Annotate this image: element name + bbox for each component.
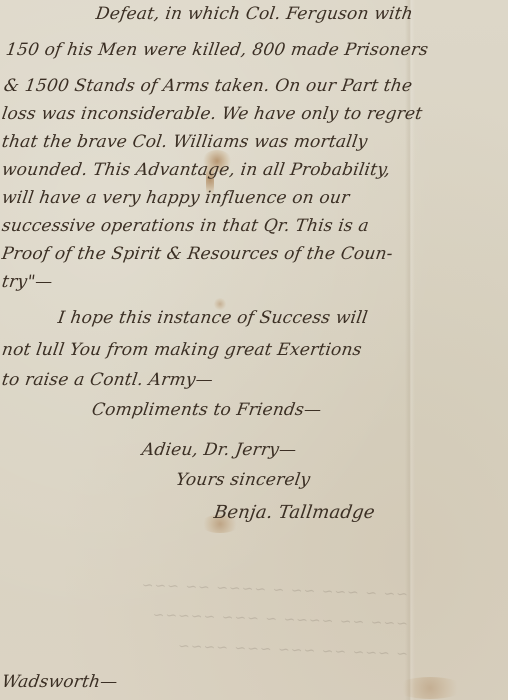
letter-line-6: wounded. This Advantage, in all Probabil… [1, 160, 392, 180]
bleed-through-text: ~~~ ~~ ~~~~ ~ ~~~ ~~~~~ [60, 604, 408, 632]
letter-line-11: I hope this instance of Success will [57, 308, 369, 328]
signature: Benja. Tallmadge [213, 502, 377, 523]
letter-line-10: try"— [1, 272, 54, 292]
letter-line-7: will have a very happy influence on our [1, 188, 351, 208]
letter-line-3: & 1500 Stands of Arms taken. On our Part… [3, 76, 414, 96]
letter-line-1: Defeat, in which Col. Ferguson with [95, 4, 415, 24]
letter-paper: ~~ ~ ~~~ ~~ ~ ~~~~ ~~ ~~~ ~~~ ~~ ~~~~ ~ … [0, 0, 508, 700]
letter-line-8: successive operations in that Qr. This i… [1, 216, 371, 236]
letter-line-9: Proof of the Spirit & Resources of the C… [1, 244, 394, 264]
letter-line-4: loss was inconsiderable. We have only to… [1, 104, 424, 124]
closing-adieu: Adieu, Dr. Jerry— [141, 440, 298, 460]
addressee: Wadsworth— [1, 672, 119, 692]
letter-line-12: not lull You from making great Exertions [1, 340, 363, 360]
letter-line-5: that the brave Col. Williams was mortall… [1, 132, 369, 152]
bleed-through-text: ~~ ~ ~~~ ~~ ~ ~~~~ ~~ ~~~ [20, 573, 408, 603]
letter-line-13: to raise a Contl. Army— [1, 370, 215, 390]
closing-compliments: Compliments to Friends— [91, 400, 323, 420]
letter-line-2: 150 of his Men were killed, 800 made Pri… [5, 40, 430, 60]
closing-valediction: Yours sincerely [175, 470, 312, 490]
ink-stain [395, 677, 465, 699]
bleed-through-text: ~ ~~~ ~~ ~~~ ~~~ ~~~~ [40, 634, 408, 663]
